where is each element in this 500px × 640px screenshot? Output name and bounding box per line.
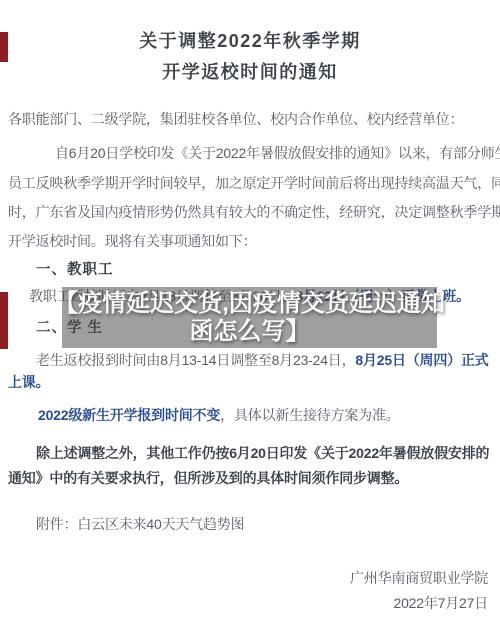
signature-date: 2022年7月27日 xyxy=(393,595,488,612)
salutation: 各职能部门、二级学院，集团驻校各单位、校内合作单位、校内经营单位： xyxy=(8,111,463,128)
paragraph1-line4: 开学返校时间。现将有关事项通知如下： xyxy=(8,233,256,250)
watermark-overlay: 【疫情延迟交货,因疫情交货延迟通知 函怎么写】 xyxy=(62,287,437,348)
red-edge-mark-middle xyxy=(0,292,8,349)
other-work-line2: 通知》中的有关要求执行，但所涉及到的具体时间须作同步调整。 xyxy=(8,470,408,487)
watermark-text-line1: 【疫情延迟交货,因疫情交货延迟通知 xyxy=(54,290,445,318)
other-work-line1: 除上述调整之外，其他工作仍按6月20日印发《关于2022年暑假放假安排的 xyxy=(36,445,489,462)
student-line2: 上课。 xyxy=(8,374,49,391)
paragraph1-line1: 自6月20日学校印发《关于2022年暑假放假安排的通知》以来，有部分师生 xyxy=(55,145,500,162)
notice-document: { "colors": { "background": "#ffffff", "… xyxy=(0,0,500,640)
attachment-line: 附件：白云区未来40天天气趋势图 xyxy=(36,516,244,533)
newstudent-line: 2022级新生开学报到时间不变，具体以新生接待方案为准。 xyxy=(38,407,400,424)
signature-organization: 广州华南商贸职业学院 xyxy=(350,570,488,587)
newstudent-highlight: 2022级新生开学报到时间不变 xyxy=(38,407,220,423)
watermark-text-line2: 函怎么写】 xyxy=(190,318,310,346)
paragraph1-line2: 员工反映秋季学期开学时间较早，加之原定开学时间前后将出现持续高温天气，同 xyxy=(8,175,500,192)
section1-heading: 一、教职工 xyxy=(36,262,114,279)
student-line1-regular: 老生返校报到时间由8月13-14日调整至8月23-24日， xyxy=(36,352,355,368)
notice-title-line2: 开学返校时间的通知 xyxy=(0,64,500,81)
newstudent-regular: ，具体以新生接待方案为准。 xyxy=(220,407,399,423)
student-line1: 老生返校报到时间由8月13-14日调整至8月23-24日，8月25日（周四）正式 xyxy=(36,352,489,369)
paragraph1-line3: 时，广东省及国内疫情形势仍然具有较大的不确定性，经研究，决定调整秋季学期 xyxy=(8,204,500,221)
student-line1-highlight: 8月25日（周四）正式 xyxy=(355,352,488,368)
notice-title-line1: 关于调整2022年秋季学期 xyxy=(0,33,500,50)
